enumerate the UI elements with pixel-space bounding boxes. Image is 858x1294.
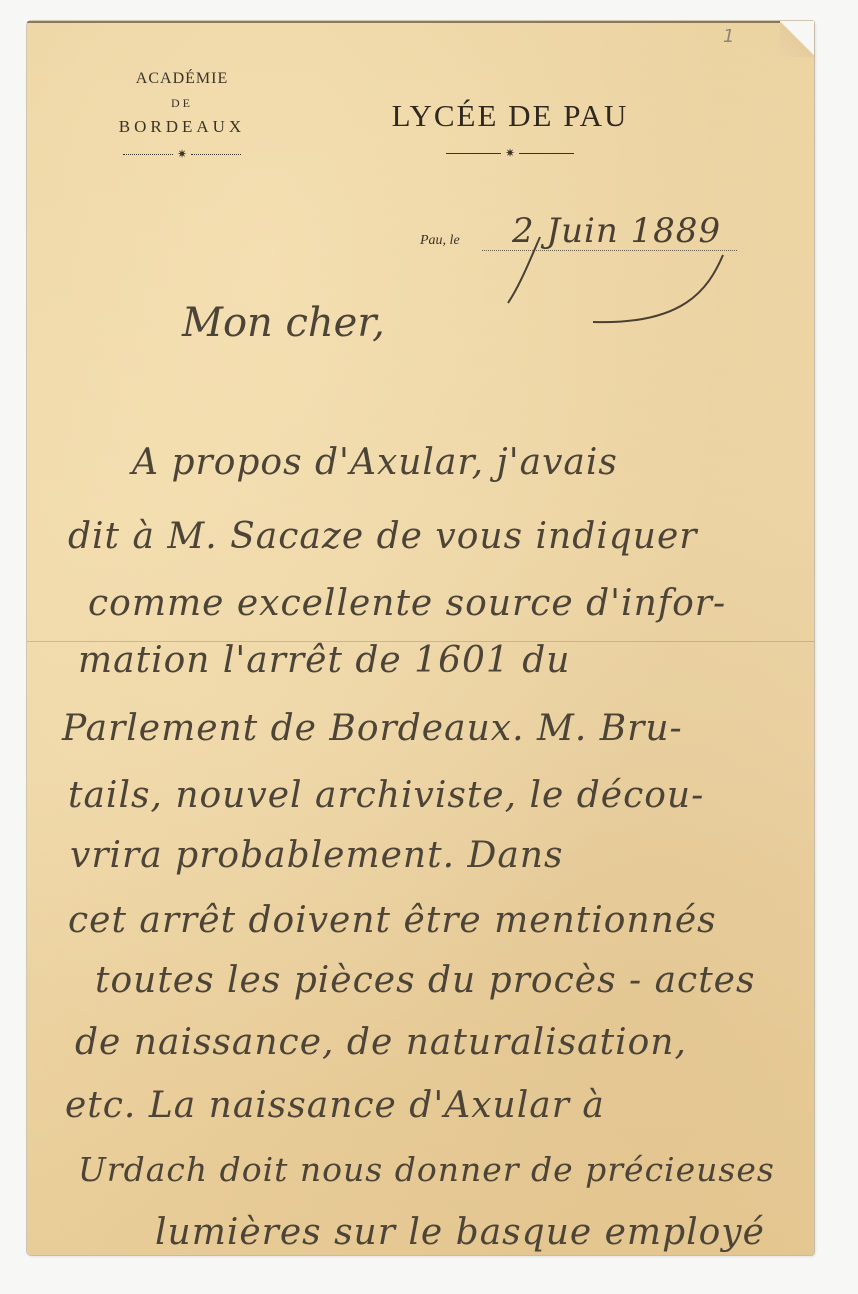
folded-corner — [780, 21, 814, 57]
letter-line: dit à M. Sacaze de vous indiquer — [68, 516, 858, 557]
date-prefix: Pau, le — [420, 233, 460, 249]
letter-line: lumières sur le basque employé — [155, 1212, 858, 1253]
letter-line: A propos d'Axular, j'avais — [132, 442, 858, 483]
date-descender-stroke — [505, 235, 545, 305]
academie-letterhead: ACADÉMIE DE BORDEAUX ✷ — [64, 70, 300, 162]
letterhead-ornament: ✷ — [64, 147, 300, 162]
salutation: Mon cher, — [182, 300, 858, 346]
letter-line: de naissance, de naturalisation, — [75, 1022, 858, 1063]
star-ornament-icon: ✷ — [177, 147, 187, 162]
lycee-letterhead: LYCÉE DE PAU ✷ — [320, 98, 700, 161]
letter-line: tails, nouvel archiviste, le décou- — [68, 775, 858, 816]
letter-sheet — [27, 21, 814, 1255]
academie-label: ACADÉMIE — [64, 70, 300, 88]
letter-line: etc. La naissance d'Axular à — [65, 1085, 858, 1126]
letter-line: cet arrêt doivent être mentionnés — [68, 900, 858, 941]
letter-line: comme excellente source d'infor- — [88, 583, 858, 624]
page-number: 1 — [723, 26, 734, 47]
star-ornament-icon: ✷ — [505, 146, 515, 161]
date-line: Pau, le 2 Juin 1889 — [420, 215, 740, 255]
letter-line: toutes les pièces du procès - actes — [95, 960, 858, 1001]
letter-line: Parlement de Bordeaux. M. Bru- — [62, 708, 858, 749]
letter-line: vrira probablement. Dans — [70, 835, 858, 876]
title-ornament: ✷ — [320, 146, 700, 161]
letter-line: mation l'arrêt de 1601 du — [78, 640, 858, 681]
academie-de-label: DE — [64, 96, 300, 111]
letter-line: Urdach doit nous donner de précieuses — [78, 1150, 858, 1189]
lycee-title: LYCÉE DE PAU — [320, 98, 700, 134]
bordeaux-label: BORDEAUX — [64, 117, 300, 137]
